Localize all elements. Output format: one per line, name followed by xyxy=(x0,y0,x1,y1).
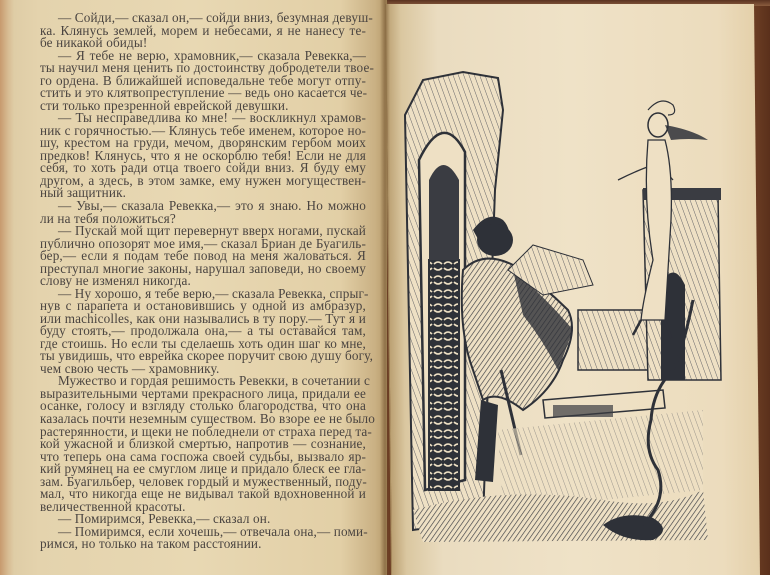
page-text: — Сойди,— сказал он,— сойди вниз, безумн… xyxy=(40,12,366,551)
text-line: римся, но только на таком расстоянии. xyxy=(40,538,366,551)
left-page: — Сойди,— сказал он,— сойди вниз, безумн… xyxy=(0,0,387,575)
engraving-illustration xyxy=(403,70,725,545)
book-gutter xyxy=(380,0,390,575)
illustration-knight-and-rebecca xyxy=(403,70,725,545)
